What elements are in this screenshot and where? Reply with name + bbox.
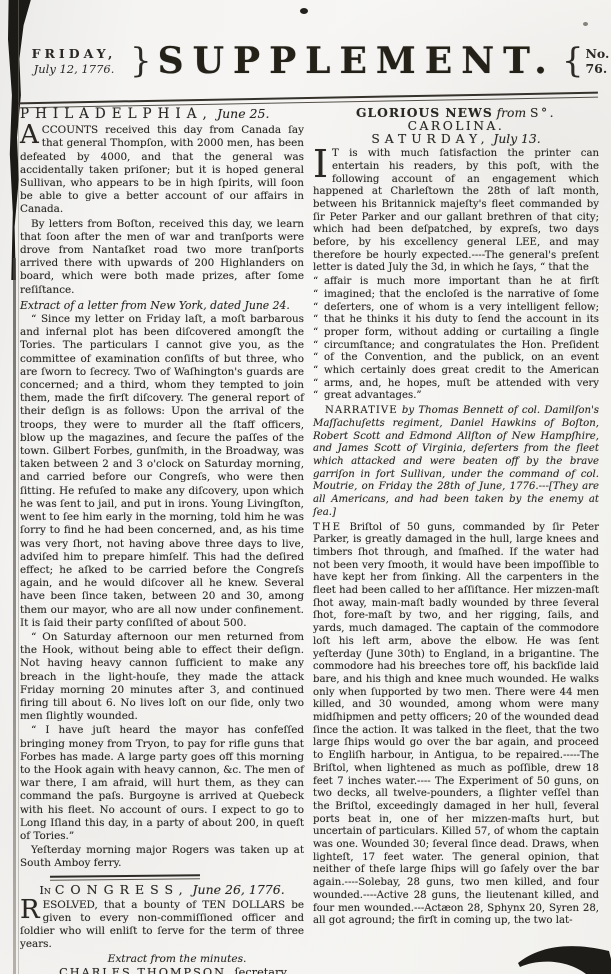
paragraph-engagement-intro: IT is with much ſatisfaction the printer… bbox=[313, 148, 599, 275]
paragraph-hook-attack: “ On Saturday afternoon our men returned… bbox=[20, 631, 304, 723]
masthead-date: July 12, 1776. bbox=[24, 62, 124, 76]
paragraph-bristol-account: THE Briſtol of 50 guns, commanded by ſir… bbox=[313, 522, 599, 929]
narrative-lead: NARRATIVE bbox=[325, 405, 398, 416]
dropcap-r: R bbox=[20, 899, 43, 921]
secretary-signature: CHARLES THOMPSON, ſecretary. bbox=[20, 966, 304, 974]
narrative-text: by Thomas Bennett of col. Damilſon's Maſ… bbox=[313, 405, 599, 518]
right-column: GLORIOUS NEWS from S°. CAROLINA. SATURDA… bbox=[313, 107, 599, 974]
dropcap-a: A bbox=[20, 124, 42, 146]
ink-speck bbox=[300, 8, 308, 14]
paragraph-canada-accounts: ACCOUNTS received this day from Canada ſ… bbox=[20, 124, 304, 216]
congress-date: June 26, 1776. bbox=[193, 882, 285, 897]
extract-minutes-line: Extract from the minutes. bbox=[50, 953, 304, 966]
paragraph-tory-plot: “ Since my letter on Friday laſt, a moſt… bbox=[20, 313, 304, 630]
ink-speck bbox=[583, 22, 588, 26]
masthead-day: FRIDAY, bbox=[24, 46, 124, 61]
dropcap-i: I bbox=[313, 148, 332, 179]
saturday-dateline: SATURDAY, July 13. bbox=[313, 133, 599, 146]
masthead-issue: { No. 76. bbox=[562, 44, 610, 78]
glorious-news-headline: GLORIOUS NEWS from S°. CAROLINA. bbox=[313, 107, 599, 132]
paragraph-mayor-confession: “ I have juſt heard the mayor has confeſ… bbox=[20, 724, 304, 843]
masthead-brace-close: } bbox=[130, 44, 152, 78]
page-columns: PHILADELPHIA, June 25. ACCOUNTS received… bbox=[20, 107, 599, 974]
congress-word: CONGRESS, bbox=[55, 882, 189, 897]
the-lead: THE bbox=[313, 522, 342, 533]
paragraph-resolution: RESOLVED, that a bounty of TEN DOLLARS b… bbox=[20, 899, 304, 952]
paragraph-text: T is with much ſatisfaction the printer … bbox=[313, 148, 599, 273]
scan-edge-line bbox=[13, 258, 16, 974]
dateline-day: SATURDAY, bbox=[371, 132, 489, 146]
congress-in: In bbox=[39, 883, 51, 897]
paragraph-text: ESOLVED, that a bounty of TEN DOLLARS be… bbox=[20, 899, 304, 951]
paragraph-text: Briſtol of 50 guns, commanded by ſir Pet… bbox=[313, 522, 599, 927]
congress-heading: In CONGRESS, June 26, 1776. bbox=[20, 883, 304, 897]
general-letter-quote: affair is much more important than he at… bbox=[313, 276, 599, 403]
signature-title: ſecretary. bbox=[234, 966, 288, 974]
philadelphia-dateline: PHILADELPHIA, June 25. bbox=[20, 107, 304, 121]
dateline-date: July 13. bbox=[493, 132, 540, 146]
dateline-date: June 25. bbox=[217, 106, 269, 121]
masthead: FRIDAY, July 12, 1776. } SUPPLEMENT. { N… bbox=[24, 40, 596, 82]
issue-number: No. 76. bbox=[585, 46, 609, 76]
dateline-city: PHILADELPHIA, bbox=[20, 106, 213, 122]
paragraph-major-rogers: Yeſterday morning major Rogers was taken… bbox=[20, 844, 304, 870]
extract-letter-heading: Extract of a letter from New York, dated… bbox=[20, 299, 304, 312]
masthead-brace-open: { bbox=[562, 44, 584, 78]
section-divider-rule bbox=[50, 874, 200, 881]
masthead-dateline: FRIDAY, July 12, 1776. bbox=[24, 46, 124, 76]
masthead-title: SUPPLEMENT. bbox=[158, 40, 556, 82]
page-curl-mark bbox=[516, 919, 611, 974]
newspaper-page: FRIDAY, July 12, 1776. } SUPPLEMENT. { N… bbox=[0, 0, 611, 974]
paragraph-boston-letters: By letters from Boſton, received this da… bbox=[20, 218, 304, 297]
scan-edge-thin-line bbox=[18, 0, 19, 974]
signature-name: CHARLES THOMPSON, bbox=[59, 966, 231, 974]
paragraph-text: CCOUNTS received this day from Canada ſa… bbox=[20, 124, 304, 215]
narrative-paragraph: NARRATIVE by Thomas Bennett of col. Dami… bbox=[313, 405, 599, 519]
left-column: PHILADELPHIA, June 25. ACCOUNTS received… bbox=[20, 107, 304, 974]
